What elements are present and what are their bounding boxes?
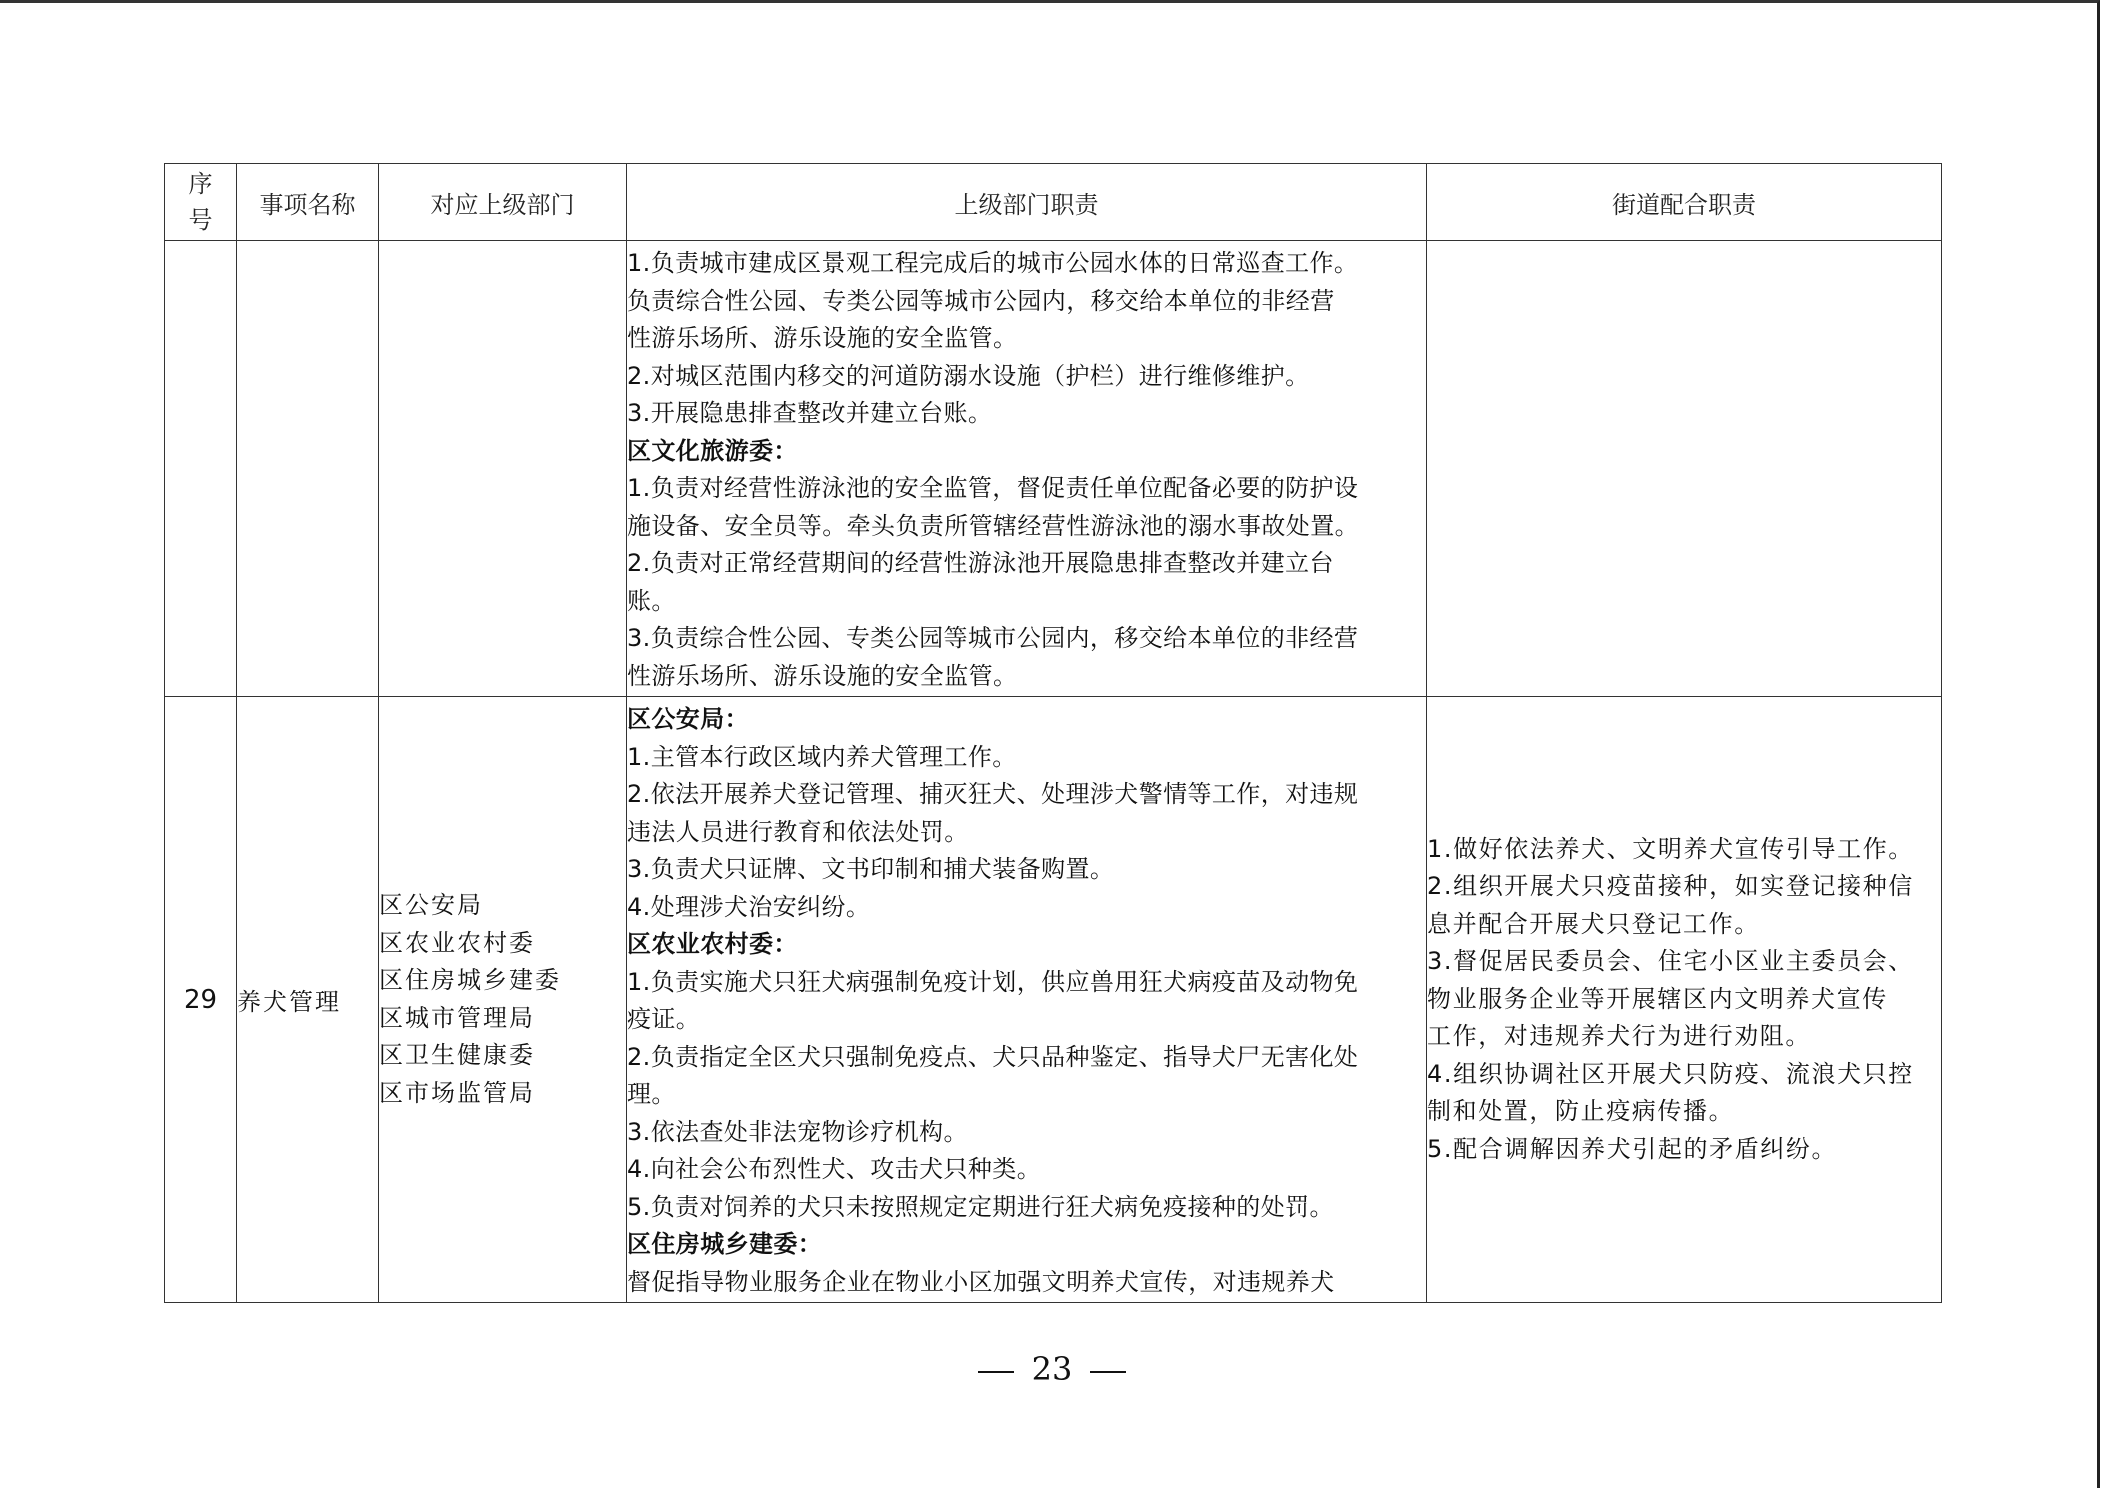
upper-dept-item: 区卫生健康委	[379, 1037, 626, 1075]
duty-line: 1.负责实施犬只狂犬病强制免疫计划，供应兽用狂犬病疫苗及动物免	[627, 964, 1426, 1002]
cell-upper-duty: 区公安局：1.主管本行政区域内养犬管理工作。2.依法开展养犬登记管理、捕灭狂犬、…	[627, 697, 1427, 1303]
upper-dept-item: 区城市管理局	[379, 1000, 626, 1038]
dept-heading: 区公安局：	[627, 701, 1426, 739]
duty-line: 4.向社会公布烈性犬、攻击犬只种类。	[627, 1151, 1426, 1189]
responsibility-table: 序 号 事项名称 对应上级部门 上级部门职责 街道配合职责 1.负责城市建成区景…	[164, 163, 1942, 1303]
duty-line: 3.负责综合性公园、专类公园等城市公园内，移交给本单位的非经营	[627, 620, 1426, 658]
duty-line: 疫证。	[627, 1001, 1426, 1039]
upper-dept-item: 区市场监管局	[379, 1075, 626, 1113]
duty-line: 2.依法开展养犬登记管理、捕灭狂犬、处理涉犬警情等工作，对违规	[627, 776, 1426, 814]
street-duty-line: 工作，对违规养犬行为进行劝阻。	[1427, 1018, 1941, 1056]
header-seq-char-2: 号	[188, 202, 214, 238]
upper-dept-item: 区公安局	[379, 887, 626, 925]
street-duty-line: 5.配合调解因养犬引起的矛盾纠纷。	[1427, 1131, 1941, 1169]
duty-line: 1.负责城市建成区景观工程完成后的城市公园水体的日常巡查工作。	[627, 245, 1426, 283]
cell-upper-duty: 1.负责城市建成区景观工程完成后的城市公园水体的日常巡查工作。负责综合性公园、专…	[627, 241, 1427, 697]
cell-item-name	[237, 241, 379, 697]
duty-line: 1.负责对经营性游泳池的安全监管，督促责任单位配备必要的防护设	[627, 470, 1426, 508]
street-duty-line: 息并配合开展犬只登记工作。	[1427, 906, 1941, 944]
duty-line: 2.负责指定全区犬只强制免疫点、犬只品种鉴定、指导犬尸无害化处	[627, 1039, 1426, 1077]
upper-duty-lines: 1.负责城市建成区景观工程完成后的城市公园水体的日常巡查工作。负责综合性公园、专…	[627, 245, 1426, 695]
upper-dept-list: 区公安局区农业农村委区住房城乡建委区城市管理局区卫生健康委区市场监管局	[379, 887, 626, 1112]
duty-line: 性游乐场所、游乐设施的安全监管。	[627, 320, 1426, 358]
duty-line: 负责综合性公园、专类公园等城市公园内，移交给本单位的非经营	[627, 283, 1426, 321]
header-seq: 序 号	[165, 164, 237, 241]
header-street-duty: 街道配合职责	[1427, 164, 1942, 241]
header-upper-dept: 对应上级部门	[379, 164, 627, 241]
duty-line: 违法人员进行教育和依法处罚。	[627, 814, 1426, 852]
street-duty-line: 4.组织协调社区开展犬只防疫、流浪犬只控	[1427, 1056, 1941, 1094]
street-duty-line: 制和处置，防止疫病传播。	[1427, 1093, 1941, 1131]
duty-line: 理。	[627, 1076, 1426, 1114]
cell-item-name: 养犬管理	[237, 697, 379, 1303]
page-number-dash-right	[1090, 1371, 1126, 1373]
cell-street-duty: 1.做好依法养犬、文明养犬宣传引导工作。2.组织开展犬只疫苗接种，如实登记接种信…	[1427, 697, 1942, 1303]
duty-line: 性游乐场所、游乐设施的安全监管。	[627, 658, 1426, 696]
page-number-value: 23	[1032, 1350, 1073, 1388]
duty-line: 3.依法查处非法宠物诊疗机构。	[627, 1114, 1426, 1152]
header-upper-duty: 上级部门职责	[627, 164, 1427, 241]
duty-line: 2.对城区范围内移交的河道防溺水设施（护栏）进行维修维护。	[627, 358, 1426, 396]
dept-heading: 区农业农村委：	[627, 926, 1426, 964]
cell-street-duty	[1427, 241, 1942, 697]
cell-seq	[165, 241, 237, 697]
duty-line: 施设备、安全员等。牵头负责所管辖经营性游泳池的溺水事故处置。	[627, 508, 1426, 546]
duty-line: 3.开展隐患排查整改并建立台账。	[627, 395, 1426, 433]
dept-heading: 区住房城乡建委：	[627, 1226, 1426, 1264]
cell-seq: 29	[165, 697, 237, 1303]
street-duty-lines: 1.做好依法养犬、文明养犬宣传引导工作。2.组织开展犬只疫苗接种，如实登记接种信…	[1427, 831, 1941, 1169]
duty-line: 4.处理涉犬治安纠纷。	[627, 889, 1426, 927]
street-duty-line: 3.督促居民委员会、住宅小区业主委员会、	[1427, 943, 1941, 981]
duty-line: 督促指导物业服务企业在物业小区加强文明养犬宣传，对违规养犬	[627, 1264, 1426, 1302]
cell-upper-depts: 区公安局区农业农村委区住房城乡建委区城市管理局区卫生健康委区市场监管局	[379, 697, 627, 1303]
duty-line: 5.负责对饲养的犬只未按照规定定期进行狂犬病免疫接种的处罚。	[627, 1189, 1426, 1227]
page-number-dash-left	[978, 1371, 1014, 1373]
street-duty-line: 2.组织开展犬只疫苗接种，如实登记接种信	[1427, 868, 1941, 906]
duty-line: 1.主管本行政区域内养犬管理工作。	[627, 739, 1426, 777]
cell-upper-depts	[379, 241, 627, 697]
page-number: 23	[0, 1350, 2104, 1388]
table-row: 1.负责城市建成区景观工程完成后的城市公园水体的日常巡查工作。负责综合性公园、专…	[165, 241, 1942, 697]
duty-line: 2.负责对正常经营期间的经营性游泳池开展隐患排查整改并建立台	[627, 545, 1426, 583]
upper-dept-item: 区农业农村委	[379, 925, 626, 963]
upper-dept-item: 区住房城乡建委	[379, 962, 626, 1000]
duty-line: 3.负责犬只证牌、文书印制和捕犬装备购置。	[627, 851, 1426, 889]
street-duty-line: 物业服务企业等开展辖区内文明养犬宣传	[1427, 981, 1941, 1019]
header-item-name: 事项名称	[237, 164, 379, 241]
upper-duty-lines: 区公安局：1.主管本行政区域内养犬管理工作。2.依法开展养犬登记管理、捕灭狂犬、…	[627, 701, 1426, 1301]
table-row: 29 养犬管理 区公安局区农业农村委区住房城乡建委区城市管理局区卫生健康委区市场…	[165, 697, 1942, 1303]
header-seq-char-1: 序	[188, 166, 214, 202]
duty-line: 账。	[627, 583, 1426, 621]
table-header-row: 序 号 事项名称 对应上级部门 上级部门职责 街道配合职责	[165, 164, 1942, 241]
dept-heading: 区文化旅游委：	[627, 433, 1426, 471]
street-duty-line: 1.做好依法养犬、文明养犬宣传引导工作。	[1427, 831, 1941, 869]
